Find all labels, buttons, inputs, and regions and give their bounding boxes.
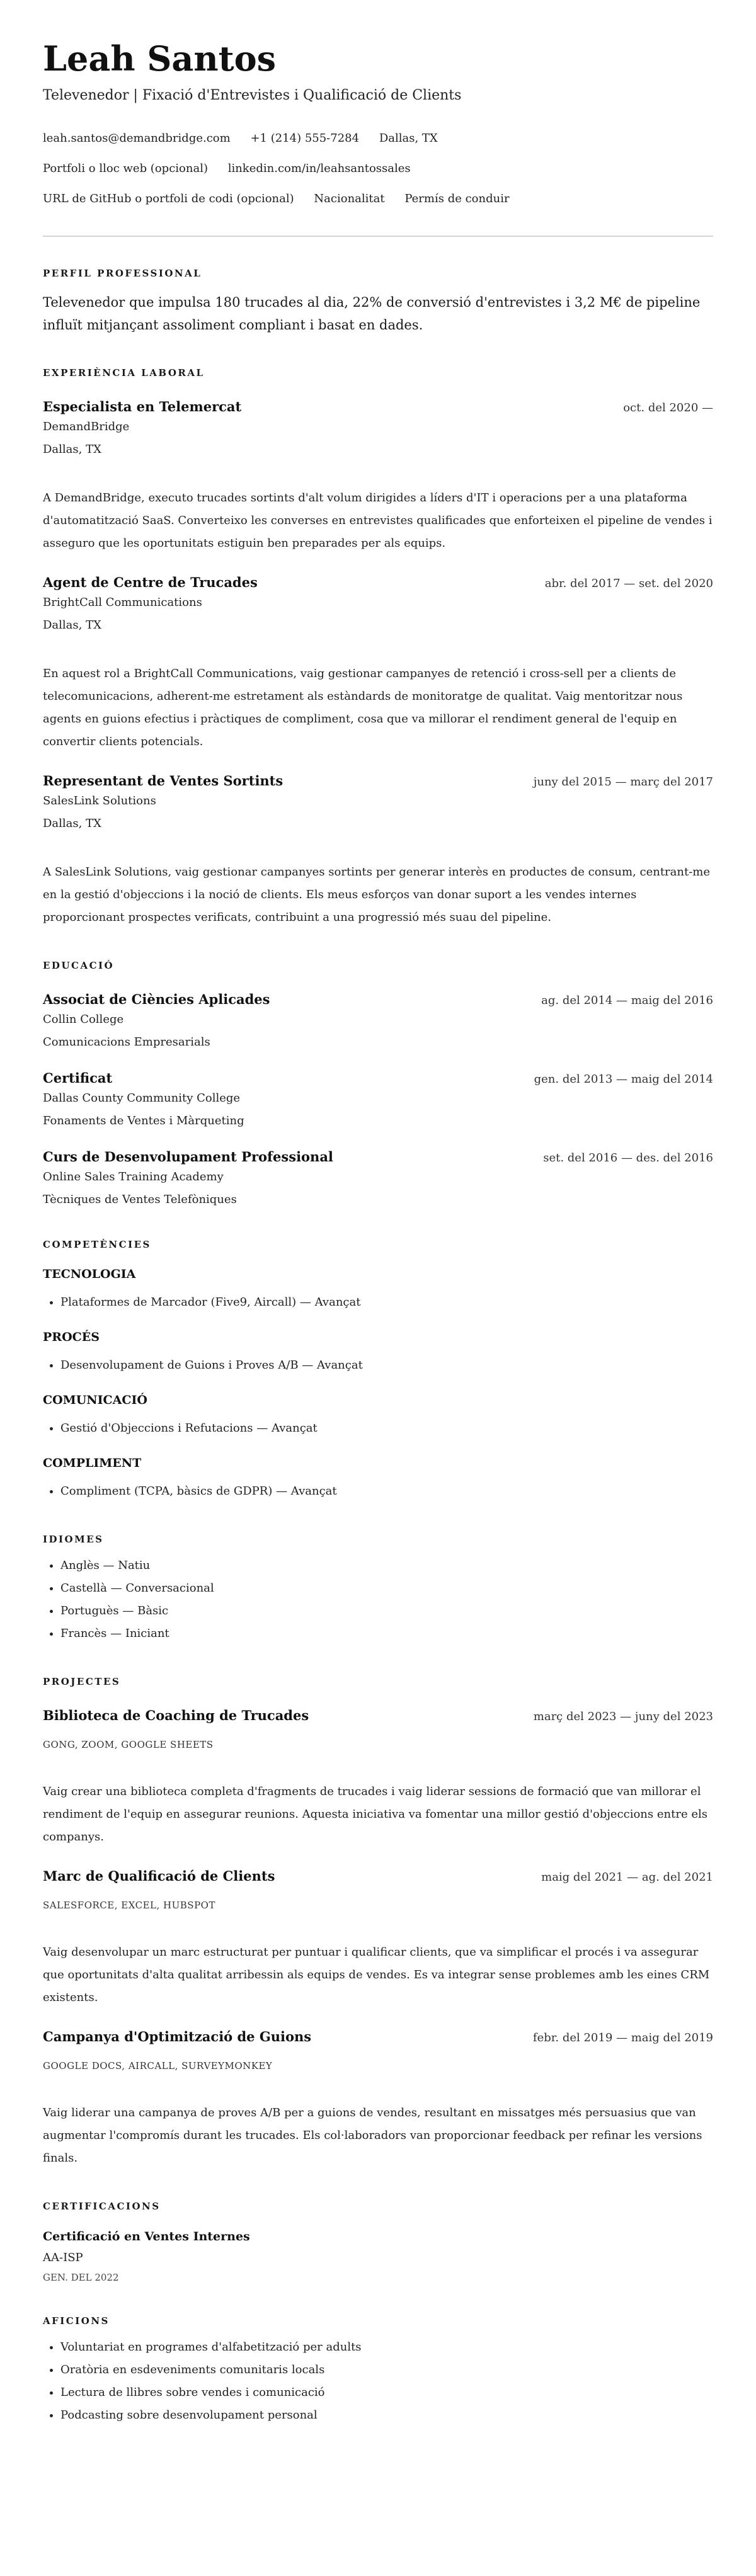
skill-item: Plataformes de Marcador (Five9, Aircall)… [60, 1291, 713, 1314]
education-item: Curs de Desenvolupament Professional set… [43, 1148, 713, 1208]
project-name: Biblioteca de Coaching de Trucades [43, 1707, 309, 1724]
skill-group-title: Comunicació [43, 1392, 713, 1408]
project-description: Vaig desenvolupar un marc estructurat pe… [43, 1941, 713, 2009]
project-tools: Salesforce, Excel, HubSpot [43, 1898, 713, 1912]
section-title-education: Educació [43, 959, 713, 972]
section-hobbies: Aficions Voluntariat en programes d'alfa… [43, 2315, 713, 2427]
email-link[interactable]: leah.santos@demandbridge.com [43, 132, 231, 145]
section-certifications: Certificacions Certificació en Ventes In… [43, 2200, 713, 2284]
school-name: Collin College [43, 1012, 713, 1028]
phone-link[interactable]: +1 (214) 555-7284 [250, 132, 359, 145]
resume-page: Leah Santos Televenedor | Fixació d'Entr… [0, 0, 756, 2452]
linkedin-link[interactable]: linkedin.com/in/leahsantossales [228, 162, 411, 175]
skill-item: Gestió d'Objeccions i Refutacions — Avan… [60, 1417, 713, 1440]
section-experience: Experiència laboral Especialista en Tele… [43, 367, 713, 929]
section-title-hobbies: Aficions [43, 2315, 713, 2327]
certification-item: Certificació en Ventes Internes AA-ISP g… [43, 2228, 713, 2284]
skill-group: Comunicació Gestió d'Objeccions i Refuta… [43, 1392, 713, 1440]
job-location: Dallas, TX [43, 442, 713, 458]
skill-group: Procés Desenvolupament de Guions i Prove… [43, 1329, 713, 1377]
education-dates: set. del 2016 — des. del 2016 [543, 1150, 713, 1166]
education-dates: gen. del 2013 — maig del 2014 [534, 1071, 713, 1088]
section-education: Educació Associat de Ciències Aplicades … [43, 959, 713, 1208]
hobby-item: Podcasting sobre desenvolupament persona… [60, 2404, 713, 2427]
project-description: Vaig liderar una campanya de proves A/B … [43, 2102, 713, 2170]
skill-group-title: Tecnologia [43, 1266, 713, 1282]
project-tools: Gong, Zoom, Google Sheets [43, 1738, 713, 1752]
summary-text: Televenedor que impulsa 180 trucades al … [43, 291, 713, 336]
degree-title: Certificat [43, 1069, 112, 1087]
portfolio-link[interactable]: Portfoli o lloc web (opcional) [43, 162, 208, 175]
education-dates: ag. del 2014 — maig del 2016 [541, 993, 713, 1009]
job-dates: juny del 2015 — març del 2017 [534, 774, 713, 790]
experience-item: Agent de Centre de Trucades abr. del 201… [43, 574, 713, 753]
section-title-projects: Projectes [43, 1675, 713, 1688]
skill-item: Desenvolupament de Guions i Proves A/B —… [60, 1354, 713, 1377]
section-title-experience: Experiència laboral [43, 367, 713, 379]
job-dates: abr. del 2017 — set. del 2020 [545, 576, 713, 592]
candidate-name: Leah Santos [43, 37, 713, 81]
project-name: Marc de Qualificació de Clients [43, 1867, 275, 1885]
field-of-study: Tècniques de Ventes Telefòniques [43, 1192, 713, 1208]
project-dates: febr. del 2019 — maig del 2019 [533, 2030, 713, 2046]
education-item: Associat de Ciències Aplicades ag. del 2… [43, 991, 713, 1051]
job-description: A SalesLink Solutions, vaig gestionar ca… [43, 861, 713, 929]
project-item: Marc de Qualificació de Clients maig del… [43, 1867, 713, 2009]
skill-group-title: Procés [43, 1329, 713, 1345]
contact-row-1: leah.santos@demandbridge.com +1 (214) 55… [43, 131, 713, 146]
language-item: Portuguès — Bàsic [60, 1600, 713, 1622]
field-of-study: Comunicacions Empresarials [43, 1034, 713, 1051]
school-name: Dallas County Community College [43, 1090, 713, 1107]
certification-issuer: AA-ISP [43, 2249, 713, 2267]
section-title-certifications: Certificacions [43, 2200, 713, 2213]
project-tools: Google Docs, Aircall, SurveyMonkey [43, 2059, 713, 2073]
degree-title: Associat de Ciències Aplicades [43, 991, 270, 1008]
skill-group: Compliment Compliment (TCPA, bàsics de G… [43, 1455, 713, 1503]
job-company: SalesLink Solutions [43, 793, 713, 809]
school-name: Online Sales Training Academy [43, 1169, 713, 1185]
job-title: Especialista en Telemercat [43, 398, 241, 416]
section-languages: Idiomes Anglès — Natiu Castellà — Conver… [43, 1533, 713, 1645]
header-divider [43, 236, 713, 237]
candidate-headline: Televenedor | Fixació d'Entrevistes i Qu… [43, 86, 713, 106]
nationality-text: Nacionalitat [314, 192, 384, 205]
degree-title: Curs de Desenvolupament Professional [43, 1148, 333, 1166]
job-location: Dallas, TX [43, 816, 713, 832]
location-text: Dallas, TX [379, 132, 438, 145]
job-description: A DemandBridge, executo trucades sortint… [43, 487, 713, 555]
project-dates: maig del 2021 — ag. del 2021 [541, 1869, 713, 1886]
section-projects: Projectes Biblioteca de Coaching de Truc… [43, 1675, 713, 2170]
section-skills: Competències Tecnologia Plataformes de M… [43, 1238, 713, 1503]
project-name: Campanya d'Optimització de Guions [43, 2028, 311, 2046]
skill-group-title: Compliment [43, 1455, 713, 1471]
language-item: Anglès — Natiu [60, 1554, 713, 1577]
section-title-summary: Perfil professional [43, 267, 713, 280]
hobby-item: Oratòria en esdeveniments comunitaris lo… [60, 2359, 713, 2381]
github-link[interactable]: URL de GitHub o portfoli de codi (opcion… [43, 192, 294, 205]
job-location: Dallas, TX [43, 617, 713, 634]
language-item: Francès — Iniciant [60, 1622, 713, 1645]
experience-item: Representant de Ventes Sortints juny del… [43, 772, 713, 929]
project-item: Campanya d'Optimització de Guions febr. … [43, 2028, 713, 2170]
section-title-languages: Idiomes [43, 1533, 713, 1546]
contact-row-3: URL de GitHub o portfoli de codi (opcion… [43, 191, 713, 207]
project-item: Biblioteca de Coaching de Trucades març … [43, 1707, 713, 1849]
skill-item: Compliment (TCPA, bàsics de GDPR) — Avan… [60, 1480, 713, 1503]
resume-header: Leah Santos Televenedor | Fixació d'Entr… [43, 37, 713, 207]
drivers-license-text: Permís de conduir [404, 192, 509, 205]
certification-date: gen. del 2022 [43, 2271, 713, 2284]
job-company: DemandBridge [43, 419, 713, 435]
language-item: Castellà — Conversacional [60, 1577, 713, 1600]
job-description: En aquest rol a BrightCall Communication… [43, 663, 713, 753]
education-item: Certificat gen. del 2013 — maig del 2014… [43, 1069, 713, 1129]
skill-group: Tecnologia Plataformes de Marcador (Five… [43, 1266, 713, 1314]
hobby-item: Lectura de llibres sobre vendes i comuni… [60, 2381, 713, 2404]
project-description: Vaig crear una biblioteca completa d'fra… [43, 1781, 713, 1849]
job-dates: oct. del 2020 — [623, 400, 713, 416]
contact-row-2: Portfoli o lloc web (opcional) linkedin.… [43, 161, 713, 176]
hobby-item: Voluntariat en programes d'alfabetitzaci… [60, 2336, 713, 2359]
job-title: Agent de Centre de Trucades [43, 574, 258, 591]
section-title-skills: Competències [43, 1238, 713, 1251]
section-summary: Perfil professional Televenedor que impu… [43, 267, 713, 336]
job-company: BrightCall Communications [43, 595, 713, 611]
job-title: Representant de Ventes Sortints [43, 772, 283, 790]
field-of-study: Fonaments de Ventes i Màrqueting [43, 1113, 713, 1129]
project-dates: març del 2023 — juny del 2023 [534, 1709, 713, 1725]
certification-name: Certificació en Ventes Internes [43, 2228, 713, 2245]
experience-item: Especialista en Telemercat oct. del 2020… [43, 398, 713, 555]
